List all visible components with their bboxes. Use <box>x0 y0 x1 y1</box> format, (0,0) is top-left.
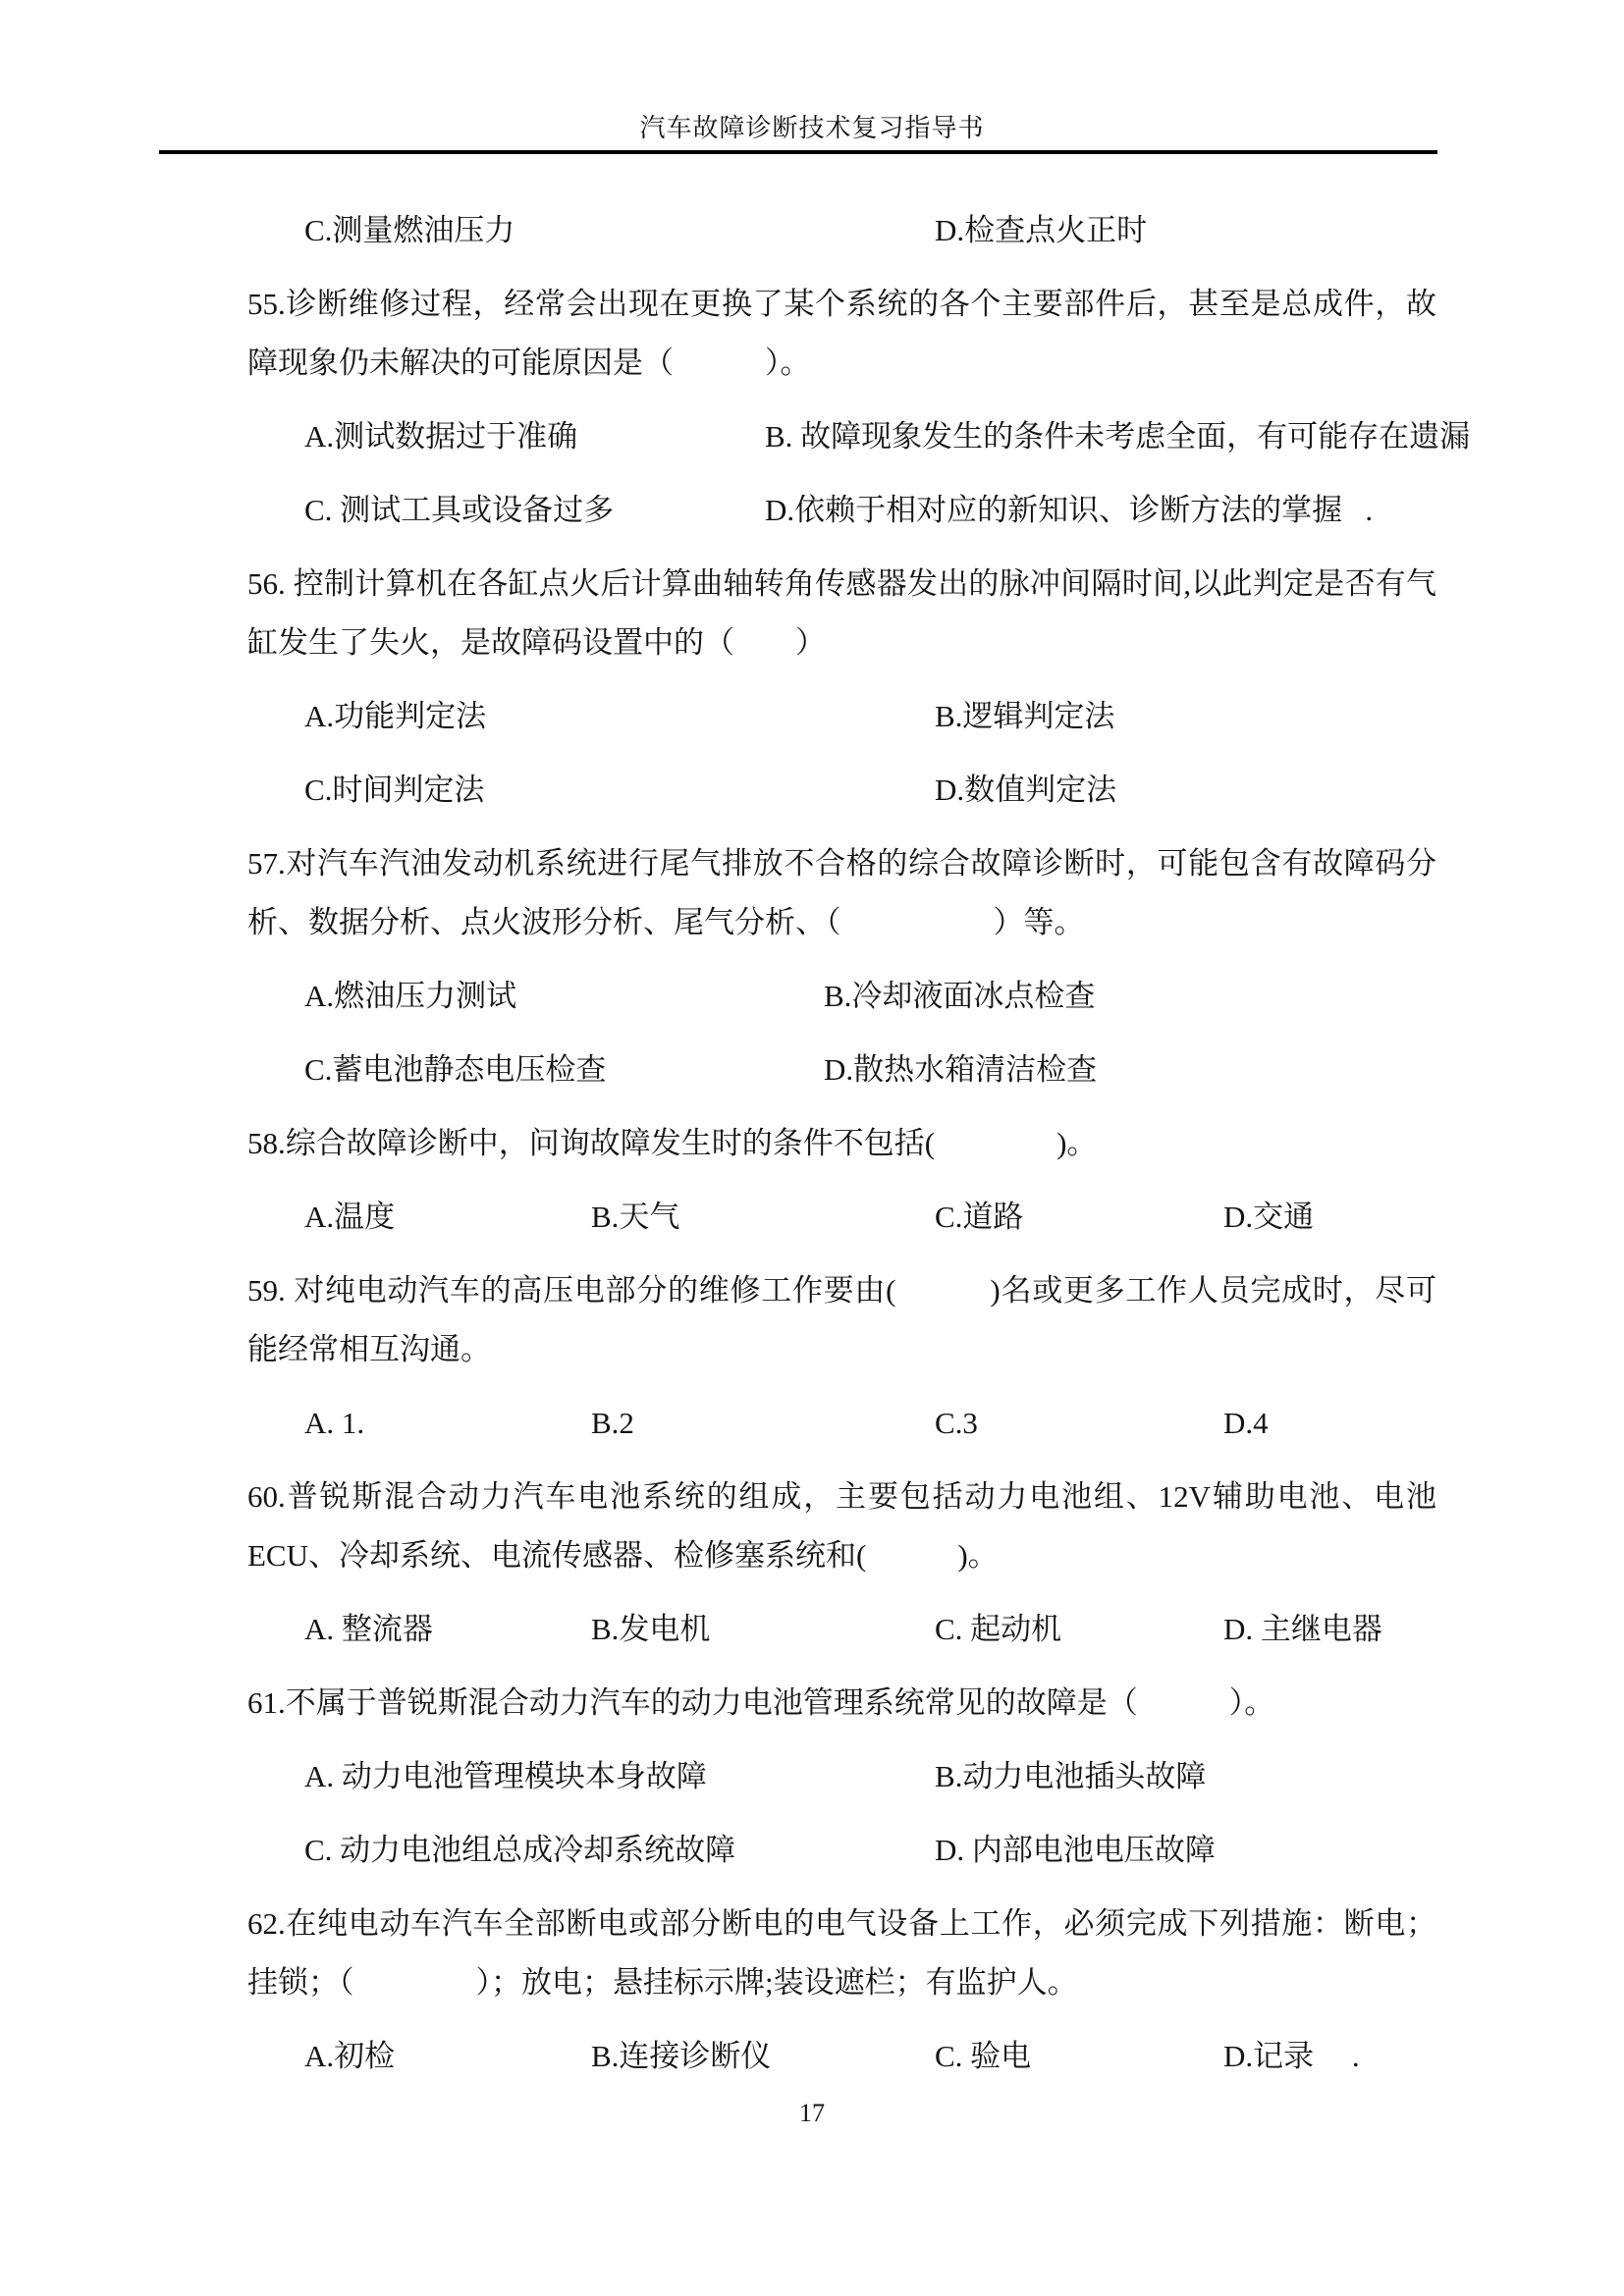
question-55-options-row-cd: C. 测试工具或设备过多 D.依赖于相对应的新知识、诊断方法的掌握 . <box>247 481 1436 540</box>
question-61-option-a: A. 动力电池管理模块本身故障 <box>304 1747 707 1806</box>
header-rule <box>159 150 1437 154</box>
questions-area: C.测量燃油压力 D.检查点火正时 55.诊断维修过程，经常会出现在更换了某个系… <box>247 201 1436 2086</box>
question-55-option-b: B. 故障现象发生的条件未考虑全面，有可能存在遗漏 <box>765 407 1470 466</box>
question-55-option-d: D.依赖于相对应的新知识、诊断方法的掌握 . <box>765 481 1373 540</box>
question-61-text: 61.不属于普锐斯混合动力汽车的动力电池管理系统常见的故障是（ ）。 <box>247 1674 1436 1733</box>
question-57-option-c: C.蓄电池静态电压检查 <box>304 1041 606 1099</box>
question-61-options-row-cd: C. 动力电池组总成冷却系统故障 D. 内部电池电压故障 <box>247 1821 1436 1880</box>
question-57-option-b: B.冷却液面冰点检查 <box>824 967 1095 1026</box>
question-62-option-b: B.连接诊断仪 <box>591 2027 771 2086</box>
question-56-option-c: C.时间判定法 <box>304 761 484 820</box>
question-54-options-row: C.测量燃油压力 D.检查点火正时 <box>247 201 1436 260</box>
header-title: 汽车故障诊断技术复习指导书 <box>0 114 1624 143</box>
document-page: 汽车故障诊断技术复习指导书 C.测量燃油压力 D.检查点火正时 55.诊断维修过… <box>0 0 1624 2296</box>
question-58-option-a: A.温度 <box>304 1188 395 1247</box>
question-61-option-d: D. 内部电池电压故障 <box>935 1821 1216 1880</box>
question-58-option-b: B.天气 <box>591 1188 679 1247</box>
question-60-option-a: A. 整流器 <box>304 1600 433 1659</box>
question-60-option-d: D. 主继电器 <box>1223 1600 1382 1659</box>
question-60-text: 60.普锐斯混合动力汽车电池系统的组成，主要包括动力电池组、12V辅助电池、电池… <box>247 1468 1436 1585</box>
question-60-options-row: A. 整流器 B.发电机 C. 起动机 D. 主继电器 <box>247 1600 1436 1659</box>
question-58-option-c: C.道路 <box>935 1188 1023 1247</box>
question-59-option-c: C.3 <box>935 1394 978 1453</box>
question-57-options-row-cd: C.蓄电池静态电压检查 D.散热水箱清洁检查 <box>247 1041 1436 1099</box>
question-62-option-a: A.初检 <box>304 2027 395 2086</box>
question-59-text: 59. 对纯电动汽车的高压电部分的维修工作要由( )名或更多工作人员完成时，尽可… <box>247 1261 1436 1379</box>
question-59-options-row: A. 1. B.2 C.3 D.4 <box>247 1394 1436 1453</box>
question-57-text: 57.对汽车汽油发动机系统进行尾气排放不合格的综合故障诊断时，可能包含有故障码分… <box>247 834 1436 952</box>
question-55-option-c: C. 测试工具或设备过多 <box>304 481 614 540</box>
question-56-options-row-cd: C.时间判定法 D.数值判定法 <box>247 761 1436 820</box>
question-59-option-a: A. 1. <box>304 1394 364 1453</box>
question-59-option-b: B.2 <box>591 1394 634 1453</box>
question-56-option-a: A.功能判定法 <box>304 687 486 746</box>
question-56-text: 56. 控制计算机在各缸点火后计算曲轴转角传感器发出的脉冲间隔时间,以此判定是否… <box>247 555 1436 672</box>
question-54-option-c: C.测量燃油压力 <box>304 201 514 260</box>
question-60-option-c: C. 起动机 <box>935 1600 1061 1659</box>
question-56-options-row-ab: A.功能判定法 B.逻辑判定法 <box>247 687 1436 746</box>
question-62-option-c: C. 验电 <box>935 2027 1031 2086</box>
question-56-option-d: D.数值判定法 <box>935 761 1116 820</box>
question-57-option-d: D.散热水箱清洁检查 <box>824 1041 1097 1099</box>
question-57-option-a: A.燃油压力测试 <box>304 967 516 1026</box>
question-61-options-row-ab: A. 动力电池管理模块本身故障 B.动力电池插头故障 <box>247 1747 1436 1806</box>
question-61-option-b: B.动力电池插头故障 <box>935 1747 1206 1806</box>
page-number: 17 <box>799 2099 825 2127</box>
question-55-option-a: A.测试数据过于准确 <box>304 407 577 466</box>
question-62-text: 62.在纯电动车汽车全部断电或部分断电的电气设备上工作，必须完成下列措施：断电；… <box>247 1895 1436 2012</box>
question-61-option-c: C. 动力电池组总成冷却系统故障 <box>304 1821 735 1880</box>
question-59-option-d: D.4 <box>1223 1394 1269 1453</box>
question-57-options-row-ab: A.燃油压力测试 B.冷却液面冰点检查 <box>247 967 1436 1026</box>
question-62-options-row: A.初检 B.连接诊断仪 C. 验电 D.记录 . <box>247 2027 1436 2086</box>
question-58-options-row: A.温度 B.天气 C.道路 D.交通 <box>247 1188 1436 1247</box>
question-56-option-b: B.逻辑判定法 <box>935 687 1114 746</box>
question-54-option-d: D.检查点火正时 <box>935 201 1147 260</box>
question-62-option-d: D.记录 . <box>1223 2027 1360 2086</box>
question-58-option-d: D.交通 <box>1223 1188 1314 1247</box>
question-55-text: 55.诊断维修过程，经常会出现在更换了某个系统的各个主要部件后，甚至是总成件，故… <box>247 275 1436 393</box>
page-footer: 17 <box>0 2099 1624 2128</box>
question-58-text: 58.综合故障诊断中，问询故障发生时的条件不包括( )。 <box>247 1114 1436 1173</box>
question-55-options-row-ab: A.测试数据过于准确 B. 故障现象发生的条件未考虑全面，有可能存在遗漏 <box>247 407 1436 466</box>
question-60-option-b: B.发电机 <box>591 1600 710 1659</box>
